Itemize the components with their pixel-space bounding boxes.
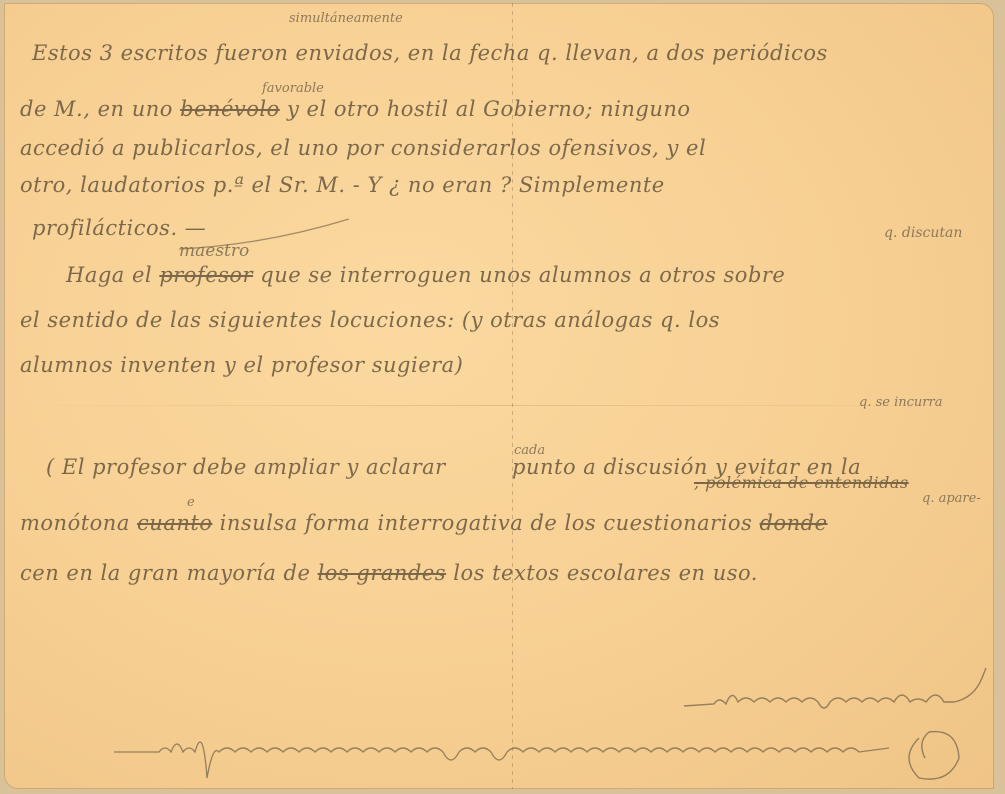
p2-line-1: Haga el profesor que se interroguen unos… [66, 263, 785, 287]
insertion-q-aparece: q. apare- [922, 491, 981, 506]
struck-donde: donde [760, 511, 828, 535]
p1-line-3: accedió a publicarlos, el uno por consid… [20, 136, 706, 160]
p3-line-1-start: ( El profesor debe ampliar y aclarar [46, 455, 446, 479]
p3-line-2-start: monótona [20, 511, 130, 535]
struck-word: benévolo [180, 97, 280, 121]
p1-line-4: otro, laudatorios p.ª el Sr. M. - Y ¿ no… [20, 173, 665, 197]
p3-line-3: cen en la gran mayoría de los grandes lo… [20, 561, 758, 585]
struck-cuanto: cuanto [137, 511, 212, 535]
p3-line-3-start: cen en la gran mayoría de [20, 561, 310, 585]
p1-line-2-start: de M., en uno [20, 97, 173, 121]
p1-line-1: Estos 3 escritos fueron enviados, en la … [32, 41, 828, 65]
p3-line-2: monótona cuanto insulsa forma interrogat… [20, 511, 828, 535]
p2-line-2: el sentido de las siguientes locuciones:… [20, 308, 720, 332]
insertion-q-se-incurra: q. se incurra [859, 395, 942, 410]
insertion-q-discutan: q. discutan [884, 225, 962, 241]
horizontal-fold-line [4, 405, 994, 406]
p2-line-1-start: Haga el [66, 263, 152, 287]
insertion-e: e [187, 495, 195, 510]
p1-line-2: de M., en uno benévolo y el otro hostil … [20, 97, 691, 121]
p3-line-1-struck-phrase: , polémica de entendidas [694, 473, 909, 492]
p2-line-3: alumnos inventen y el profesor sugiera) [20, 353, 463, 377]
p3-line-2-mid: insulsa forma interrogativa de los cuest… [220, 511, 753, 535]
struck-profesor: profesor [159, 263, 253, 287]
manuscript-page: simultáneamente Estos 3 escritos fueron … [4, 3, 994, 789]
p1-line-2-end: y el otro hostil al Gobierno; ninguno [287, 97, 691, 121]
scribble-bottom [99, 718, 999, 788]
p2-line-1-end: que se interroguen unos alumnos a otros … [260, 263, 785, 287]
insertion-simultaneamente: simultáneamente [289, 11, 403, 26]
struck-los-grandes: los grandes [318, 561, 447, 585]
insertion-maestro: maestro [179, 241, 249, 261]
struck-phrase: , polémica de entendidas [694, 473, 909, 492]
p3-line-3-end: los textos escolares en uso. [453, 561, 758, 585]
insertion-favorable: favorable [262, 81, 324, 96]
